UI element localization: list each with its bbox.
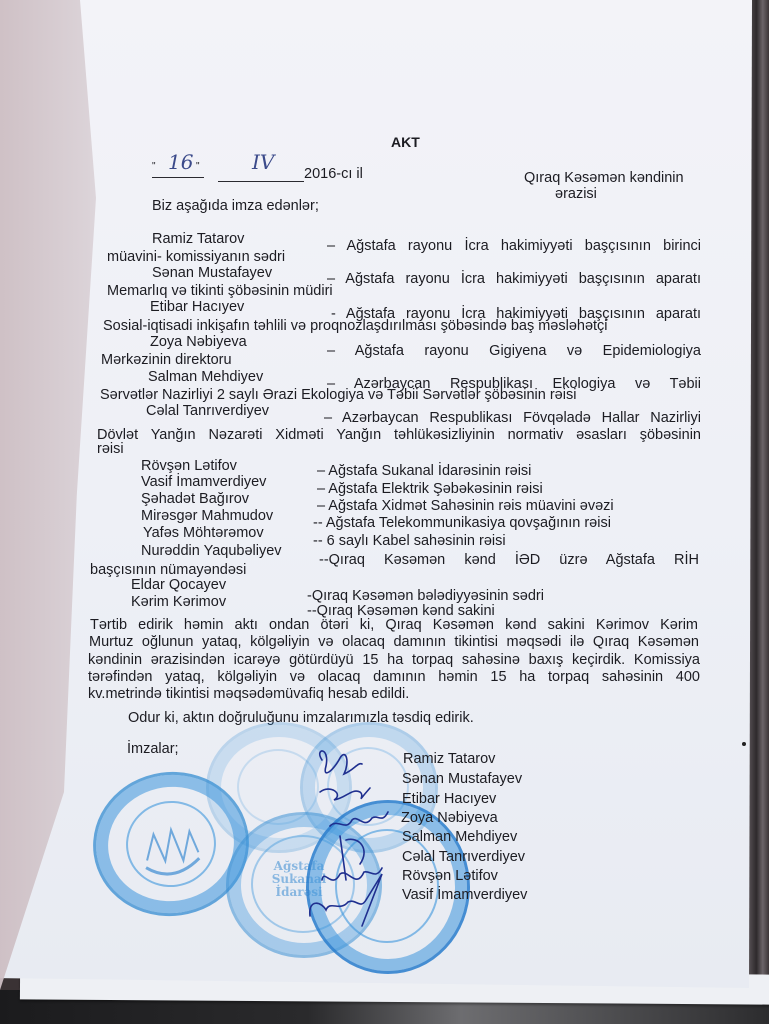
signatory-name: Ramiz Tatarov [403,751,495,768]
member-role: – Azərbaycan Respublikası Fövqəladə Hall… [324,410,701,427]
intro-text: Biz aşağıda imza edənlər; [152,198,319,215]
date-month-underline [218,181,304,182]
member-role-cont: rəisi [97,441,124,458]
signatory-name: Salman Mehdiyev [402,829,517,846]
member-role: – Ağstafa Elektrik Şəbəkəsinin rəisi [317,481,543,498]
member-role-cont: Sərvətlər Nazirliyi 2 saylı Ərazi Ekolog… [100,387,576,404]
member-name: Sənan Mustafayev [152,265,272,282]
member-name: Yafəs Möhtərəmov [143,525,264,542]
member-role-cont: Mərkəzinin direktoru [101,352,232,369]
quote-open: " [152,158,156,175]
member-name: Salman Mehdiyev [148,369,263,386]
document-title: AKT [391,134,420,151]
ink-speck [742,742,746,746]
act-document: AKT " 16 " IV 2016-cı il Qıraq Kəsəmən k… [0,0,752,988]
member-name: Vasif İmamverdiyev [141,474,266,491]
signatory-name: Zoya Nəbiyeva [401,810,498,827]
member-role: – Ağstafa rayonu İcra hakimiyyəti başçıs… [327,271,701,288]
body-line: Murtuz oğlunun yataq, kölgəliyin və olac… [89,634,699,651]
body-line: kəndinin ərazisindən icarəyə götürdüyü 1… [88,652,700,669]
member-name: Cəlal Tanrıverdiyev [146,403,269,420]
member-name: Kərim Kərimov [131,594,226,611]
body-line: Tərtib edirik həmin aktı ondan ötəri ki,… [90,617,698,634]
member-role: – Ağstafa rayonu İcra hakimiyyəti başçıs… [327,238,701,255]
member-role: – Ağstafa rayonu Gigiyena və Epidemiolog… [327,343,701,360]
date-day-handwritten: 16 [168,150,193,174]
member-name: Eldar Qocayev [131,577,226,594]
member-role: – Ağstafa Sukanal İdarəsinin rəisi [317,463,531,480]
member-role-cont: Dövlət Yanğın Nəzarəti Xidməti Yanğın tə… [97,427,701,444]
member-role-cont: Memarlıq və tikinti şöbəsinin müdiri [107,283,333,300]
body-line: kv.metrində tikintisi məqsədəmüvafiq hes… [88,686,409,703]
member-role: --Qıraq Kəsəmən kənd İƏD üzrə Ağstafa Rİ… [319,552,699,569]
date-month-handwritten: IV [252,150,274,174]
member-name: Ramiz Tatarov [152,231,244,248]
signatory-name: Etibar Hacıyev [402,791,496,808]
member-role: -- Ağstafa Telekommunikasiya qovşağının … [313,515,611,532]
signatory-name: Sənan Mustafayev [402,771,522,788]
signatory-name: Rövşən Lətifov [402,868,498,885]
signatory-name: Cəlal Tanrıverdiyev [402,849,525,866]
member-name: Zoya Nəbiyeva [150,334,247,351]
member-role: – Ağstafa Xidmət Sahəsinin rəis müavini … [317,498,614,515]
location-line1: Qıraq Kəsəmən kəndinin [524,170,684,187]
member-role-cont: Sosial-iqtisadi inkişafın təhlili və pro… [103,318,608,335]
member-role: -- 6 saylı Kabel sahəsinin rəisi [313,533,506,550]
member-name: Mirəsgər Mahmudov [141,508,273,525]
date-day-underline [152,177,204,178]
member-name: Nurəddin Yaqubəliyev [141,543,282,560]
location-line2: ərazisi [555,186,597,203]
member-name: Şəhadət Bağırov [141,491,249,508]
signatures-label: İmzalar; [127,741,179,758]
member-role-cont: müavini- komissiyanın sədri [107,249,285,266]
date-year: 2016-cı il [304,166,363,183]
body-line: tərəfindən yataq, kölgəliyin və olacaq d… [88,669,700,686]
member-name: Rövşən Lətifov [141,458,237,475]
member-name: Etibar Hacıyev [150,299,244,316]
signatory-name: Vasif İmamverdiyev [402,887,527,904]
quote-close: " [196,158,200,175]
